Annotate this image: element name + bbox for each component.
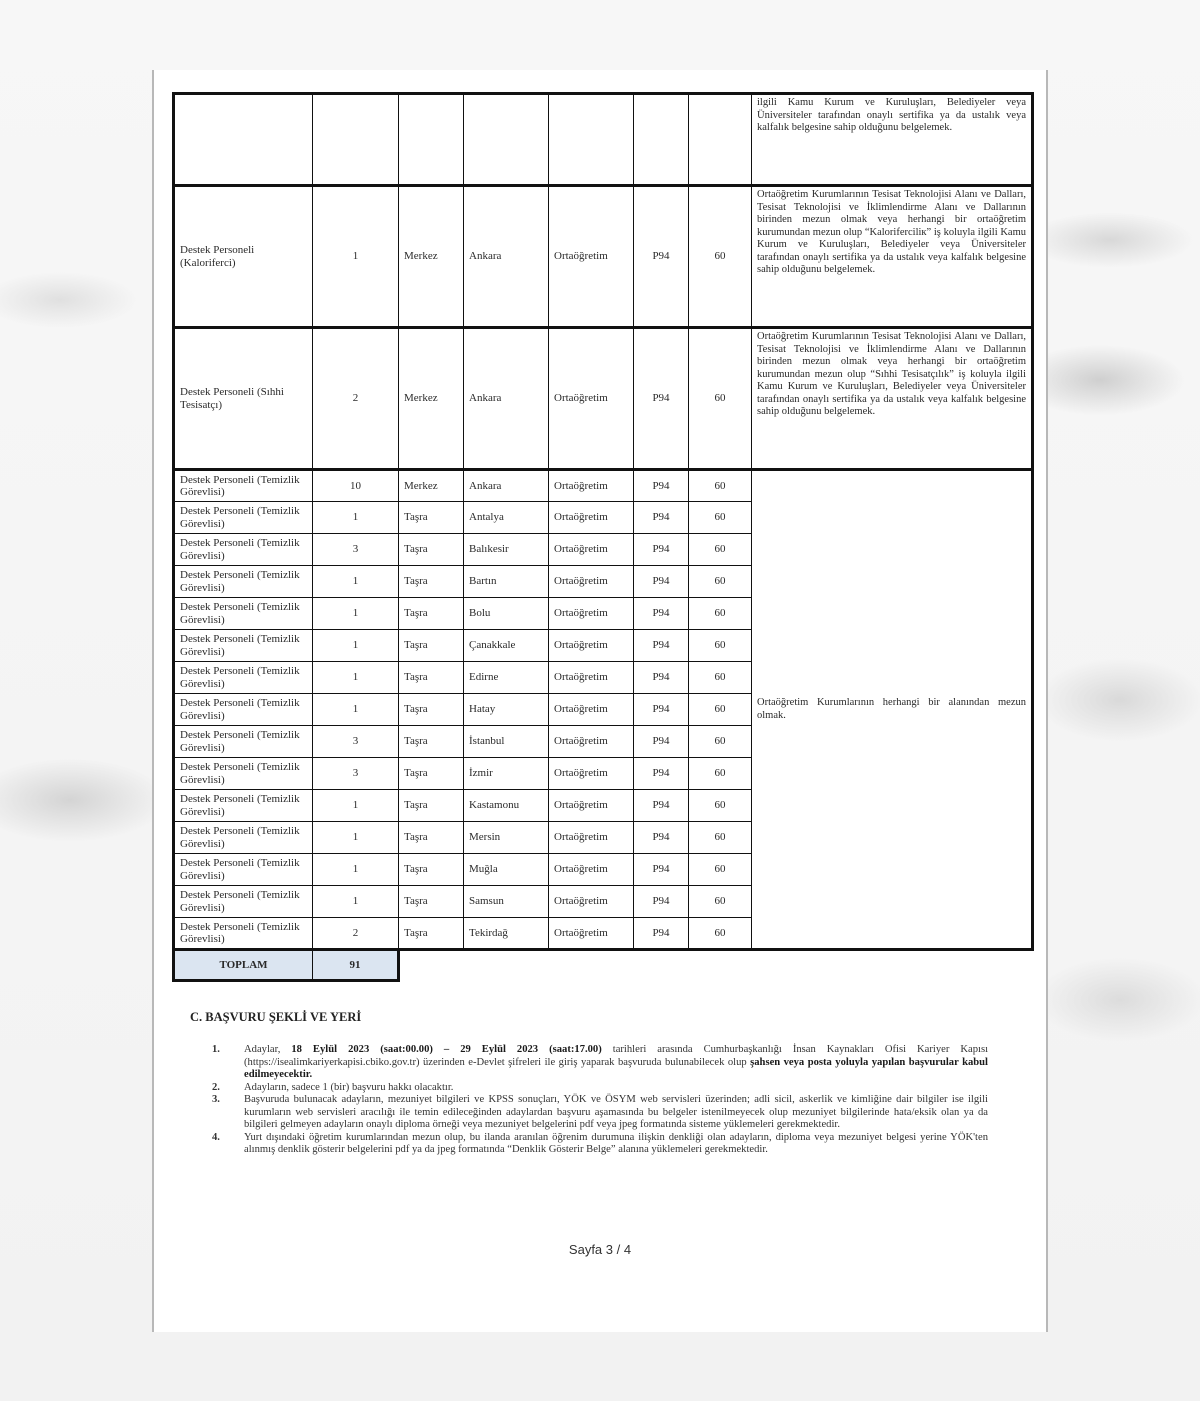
cell-unit: Taşra xyxy=(399,534,464,566)
cell-education: Ortaöğretim xyxy=(549,790,634,822)
cell-unit: Taşra xyxy=(399,566,464,598)
cell-unit: Taşra xyxy=(399,886,464,918)
cell-unit: Taşra xyxy=(399,662,464,694)
list-item-text: Adayların, sadece 1 (bir) başvuru hakkı … xyxy=(244,1082,453,1093)
cell-min-score: 60 xyxy=(689,566,752,598)
cell-position: Destek Personeli (Kaloriferci) xyxy=(174,186,313,328)
cell-education: Ortaöğretim xyxy=(549,694,634,726)
list-item-text: Yurt dışındaki öğretim kurumlarından mez… xyxy=(244,1132,988,1156)
list-item-number: 3. xyxy=(212,1094,220,1107)
cell-min-score: 60 xyxy=(689,470,752,502)
cell-city: Tekirdağ xyxy=(464,918,549,950)
cell-city: İstanbul xyxy=(464,726,549,758)
table-row: Destek Personeli (Kaloriferci)1MerkezAnk… xyxy=(174,186,1033,328)
cell-min-score: 60 xyxy=(689,662,752,694)
cell-position: Destek Personeli (Sıhhi Tesisatçı) xyxy=(174,328,313,470)
cell-score-type: P94 xyxy=(634,694,689,726)
cell-unit: Merkez xyxy=(399,328,464,470)
cell-score-type: P94 xyxy=(634,886,689,918)
cell-score-type: P94 xyxy=(634,566,689,598)
cell-education: Ortaöğretim xyxy=(549,854,634,886)
cell-min-score: 60 xyxy=(689,186,752,328)
cell-min-score: 60 xyxy=(689,630,752,662)
cell-position: Destek Personeli (Temizlik Görevlisi) xyxy=(174,694,313,726)
total-label: TOPLAM xyxy=(174,950,313,981)
cell-education: Ortaöğretim xyxy=(549,566,634,598)
table-row: Destek Personeli (Temizlik Görevlisi)10M… xyxy=(174,470,1033,502)
table-row: Destek Personeli (Sıhhi Tesisatçı)2Merke… xyxy=(174,328,1033,470)
cell-position: Destek Personeli (Temizlik Görevlisi) xyxy=(174,534,313,566)
cell-unit: Taşra xyxy=(399,822,464,854)
cell-city: Ankara xyxy=(464,186,549,328)
cell-city: Hatay xyxy=(464,694,549,726)
emphasized-text: 18 Eylül 2023 (saat:00.00) – 29 Eylül 20… xyxy=(291,1044,601,1055)
cell-min-score: 60 xyxy=(689,502,752,534)
cell-city: Çanakkale xyxy=(464,630,549,662)
list-item-number: 1. xyxy=(212,1044,220,1057)
cell-city: Antalya xyxy=(464,502,549,534)
cell-score-type: P94 xyxy=(634,502,689,534)
cell-position: Destek Personeli (Temizlik Görevlisi) xyxy=(174,598,313,630)
cell-count: 1 xyxy=(313,790,399,822)
list-item: 4.Yurt dışındaki öğretim kurumlarından m… xyxy=(212,1132,988,1157)
cell-city: Bartın xyxy=(464,566,549,598)
total-row: TOPLAM 91 xyxy=(172,948,400,982)
cell-count: 1 xyxy=(313,822,399,854)
list-item-text: Başvuruda bulunacak adayların, mezuniyet… xyxy=(244,1094,988,1130)
cell-count: 1 xyxy=(313,566,399,598)
requirement-description: Ortaöğretim Kurumlarının Tesisat Teknolo… xyxy=(752,186,1033,328)
cell-unit: Taşra xyxy=(399,598,464,630)
cell-city: Bolu xyxy=(464,598,549,630)
cell-position: Destek Personeli (Temizlik Görevlisi) xyxy=(174,566,313,598)
cell-education: Ortaöğretim xyxy=(549,502,634,534)
cell-position: Destek Personeli (Temizlik Görevlisi) xyxy=(174,854,313,886)
cell-count: 3 xyxy=(313,758,399,790)
cell-education: Ortaöğretim xyxy=(549,630,634,662)
total-value: 91 xyxy=(313,950,399,981)
list-item: 2.Adayların, sadece 1 (bir) başvuru hakk… xyxy=(212,1082,988,1095)
cell-min-score: 60 xyxy=(689,758,752,790)
cell-min-score: 60 xyxy=(689,694,752,726)
cell-score-type: P94 xyxy=(634,470,689,502)
cell-unit: Taşra xyxy=(399,502,464,534)
cell-min-score: 60 xyxy=(689,854,752,886)
cell-position: Destek Personeli (Temizlik Görevlisi) xyxy=(174,822,313,854)
cell-count: 1 xyxy=(313,186,399,328)
cell-education: Ortaöğretim xyxy=(549,918,634,950)
cell-min-score: 60 xyxy=(689,822,752,854)
cell-city: Muğla xyxy=(464,854,549,886)
cell-education: Ortaöğretim xyxy=(549,186,634,328)
cell-min-score: 60 xyxy=(689,534,752,566)
cell-min-score: 60 xyxy=(689,328,752,470)
cell-education: Ortaöğretim xyxy=(549,822,634,854)
cell-city: Edirne xyxy=(464,662,549,694)
cell-city: Ankara xyxy=(464,328,549,470)
application-instructions-list: 1.Adaylar, 18 Eylül 2023 (saat:00.00) – … xyxy=(212,1044,988,1157)
cell-count: 2 xyxy=(313,918,399,950)
cell-count: 1 xyxy=(313,854,399,886)
cell-unit: Taşra xyxy=(399,854,464,886)
cell-education: Ortaöğretim xyxy=(549,598,634,630)
cell-city: Balıkesir xyxy=(464,534,549,566)
list-item-number: 4. xyxy=(212,1132,220,1145)
cell-score-type: P94 xyxy=(634,854,689,886)
cell-position: Destek Personeli (Temizlik Görevlisi) xyxy=(174,502,313,534)
requirement-description: Ortaöğretim Kurumlarının Tesisat Teknolo… xyxy=(752,328,1033,470)
cell-score-type: P94 xyxy=(634,726,689,758)
cell-score-type: P94 xyxy=(634,630,689,662)
cell-count: 1 xyxy=(313,694,399,726)
cell-min-score: 60 xyxy=(689,886,752,918)
cell-city: Samsun xyxy=(464,886,549,918)
cell-unit: Taşra xyxy=(399,694,464,726)
cell-unit: Taşra xyxy=(399,758,464,790)
cell-count: 1 xyxy=(313,886,399,918)
cell-education: Ortaöğretim xyxy=(549,886,634,918)
cell-score-type: P94 xyxy=(634,534,689,566)
cell-city: Kastamonu xyxy=(464,790,549,822)
cell-count: 1 xyxy=(313,502,399,534)
cell-unit: Taşra xyxy=(399,726,464,758)
cell-count: 1 xyxy=(313,662,399,694)
list-item: 3.Başvuruda bulunacak adayların, mezuniy… xyxy=(212,1094,988,1132)
cell-count: 10 xyxy=(313,470,399,502)
cell-position: Destek Personeli (Temizlik Görevlisi) xyxy=(174,662,313,694)
cell-education: Ortaöğretim xyxy=(549,534,634,566)
cell-score-type: P94 xyxy=(634,598,689,630)
cell-score-type: P94 xyxy=(634,758,689,790)
cell-min-score: 60 xyxy=(689,726,752,758)
page-number: Sayfa 3 / 4 xyxy=(154,1242,1046,1257)
cell-count: 1 xyxy=(313,598,399,630)
cell-position: Destek Personeli (Temizlik Görevlisi) xyxy=(174,790,313,822)
cell-score-type: P94 xyxy=(634,790,689,822)
cell-city: İzmir xyxy=(464,758,549,790)
cell-position: Destek Personeli (Temizlik Görevlisi) xyxy=(174,918,313,950)
cell-education: Ortaöğretim xyxy=(549,328,634,470)
cell-city: Mersin xyxy=(464,822,549,854)
cell-position: Destek Personeli (Temizlik Görevlisi) xyxy=(174,758,313,790)
cell-score-type: P94 xyxy=(634,662,689,694)
list-item-text: Adaylar, xyxy=(244,1044,291,1055)
cell-count: 2 xyxy=(313,328,399,470)
cell-min-score: 60 xyxy=(689,790,752,822)
cell-position: Destek Personeli (Temizlik Görevlisi) xyxy=(174,886,313,918)
cell-position: Destek Personeli (Temizlik Görevlisi) xyxy=(174,630,313,662)
document-page: ilgili Kamu Kurum ve Kuruluşları, Beledi… xyxy=(152,70,1048,1332)
list-item-number: 2. xyxy=(212,1082,220,1095)
cell-city: Ankara xyxy=(464,470,549,502)
cell-unit: Taşra xyxy=(399,790,464,822)
positions-table: ilgili Kamu Kurum ve Kuruluşları, Beledi… xyxy=(172,92,1034,951)
cell-unit: Taşra xyxy=(399,630,464,662)
cell-unit: Merkez xyxy=(399,186,464,328)
cell-education: Ortaöğretim xyxy=(549,758,634,790)
cell-count: 3 xyxy=(313,726,399,758)
table-row-continued: ilgili Kamu Kurum ve Kuruluşları, Beledi… xyxy=(174,94,1033,186)
cell-min-score: 60 xyxy=(689,598,752,630)
cell-unit: Taşra xyxy=(399,918,464,950)
cell-min-score: 60 xyxy=(689,918,752,950)
cell-education: Ortaöğretim xyxy=(549,662,634,694)
section-title: C. BAŞVURU ŞEKLİ VE YERİ xyxy=(190,1010,361,1025)
list-item: 1.Adaylar, 18 Eylül 2023 (saat:00.00) – … xyxy=(212,1044,988,1082)
cell-count: 1 xyxy=(313,630,399,662)
cell-score-type: P94 xyxy=(634,822,689,854)
cell-position: Destek Personeli (Temizlik Görevlisi) xyxy=(174,726,313,758)
cell-education: Ortaöğretim xyxy=(549,470,634,502)
cell-count: 3 xyxy=(313,534,399,566)
cell-score-type: P94 xyxy=(634,328,689,470)
cell-education: Ortaöğretim xyxy=(549,726,634,758)
cell-score-type: P94 xyxy=(634,186,689,328)
requirement-description: Ortaöğretim Kurumlarının herhangi bir al… xyxy=(752,470,1033,950)
cell-position: Destek Personeli (Temizlik Görevlisi) xyxy=(174,470,313,502)
cell-unit: Merkez xyxy=(399,470,464,502)
requirement-description: ilgili Kamu Kurum ve Kuruluşları, Beledi… xyxy=(752,94,1033,186)
cell-score-type: P94 xyxy=(634,918,689,950)
